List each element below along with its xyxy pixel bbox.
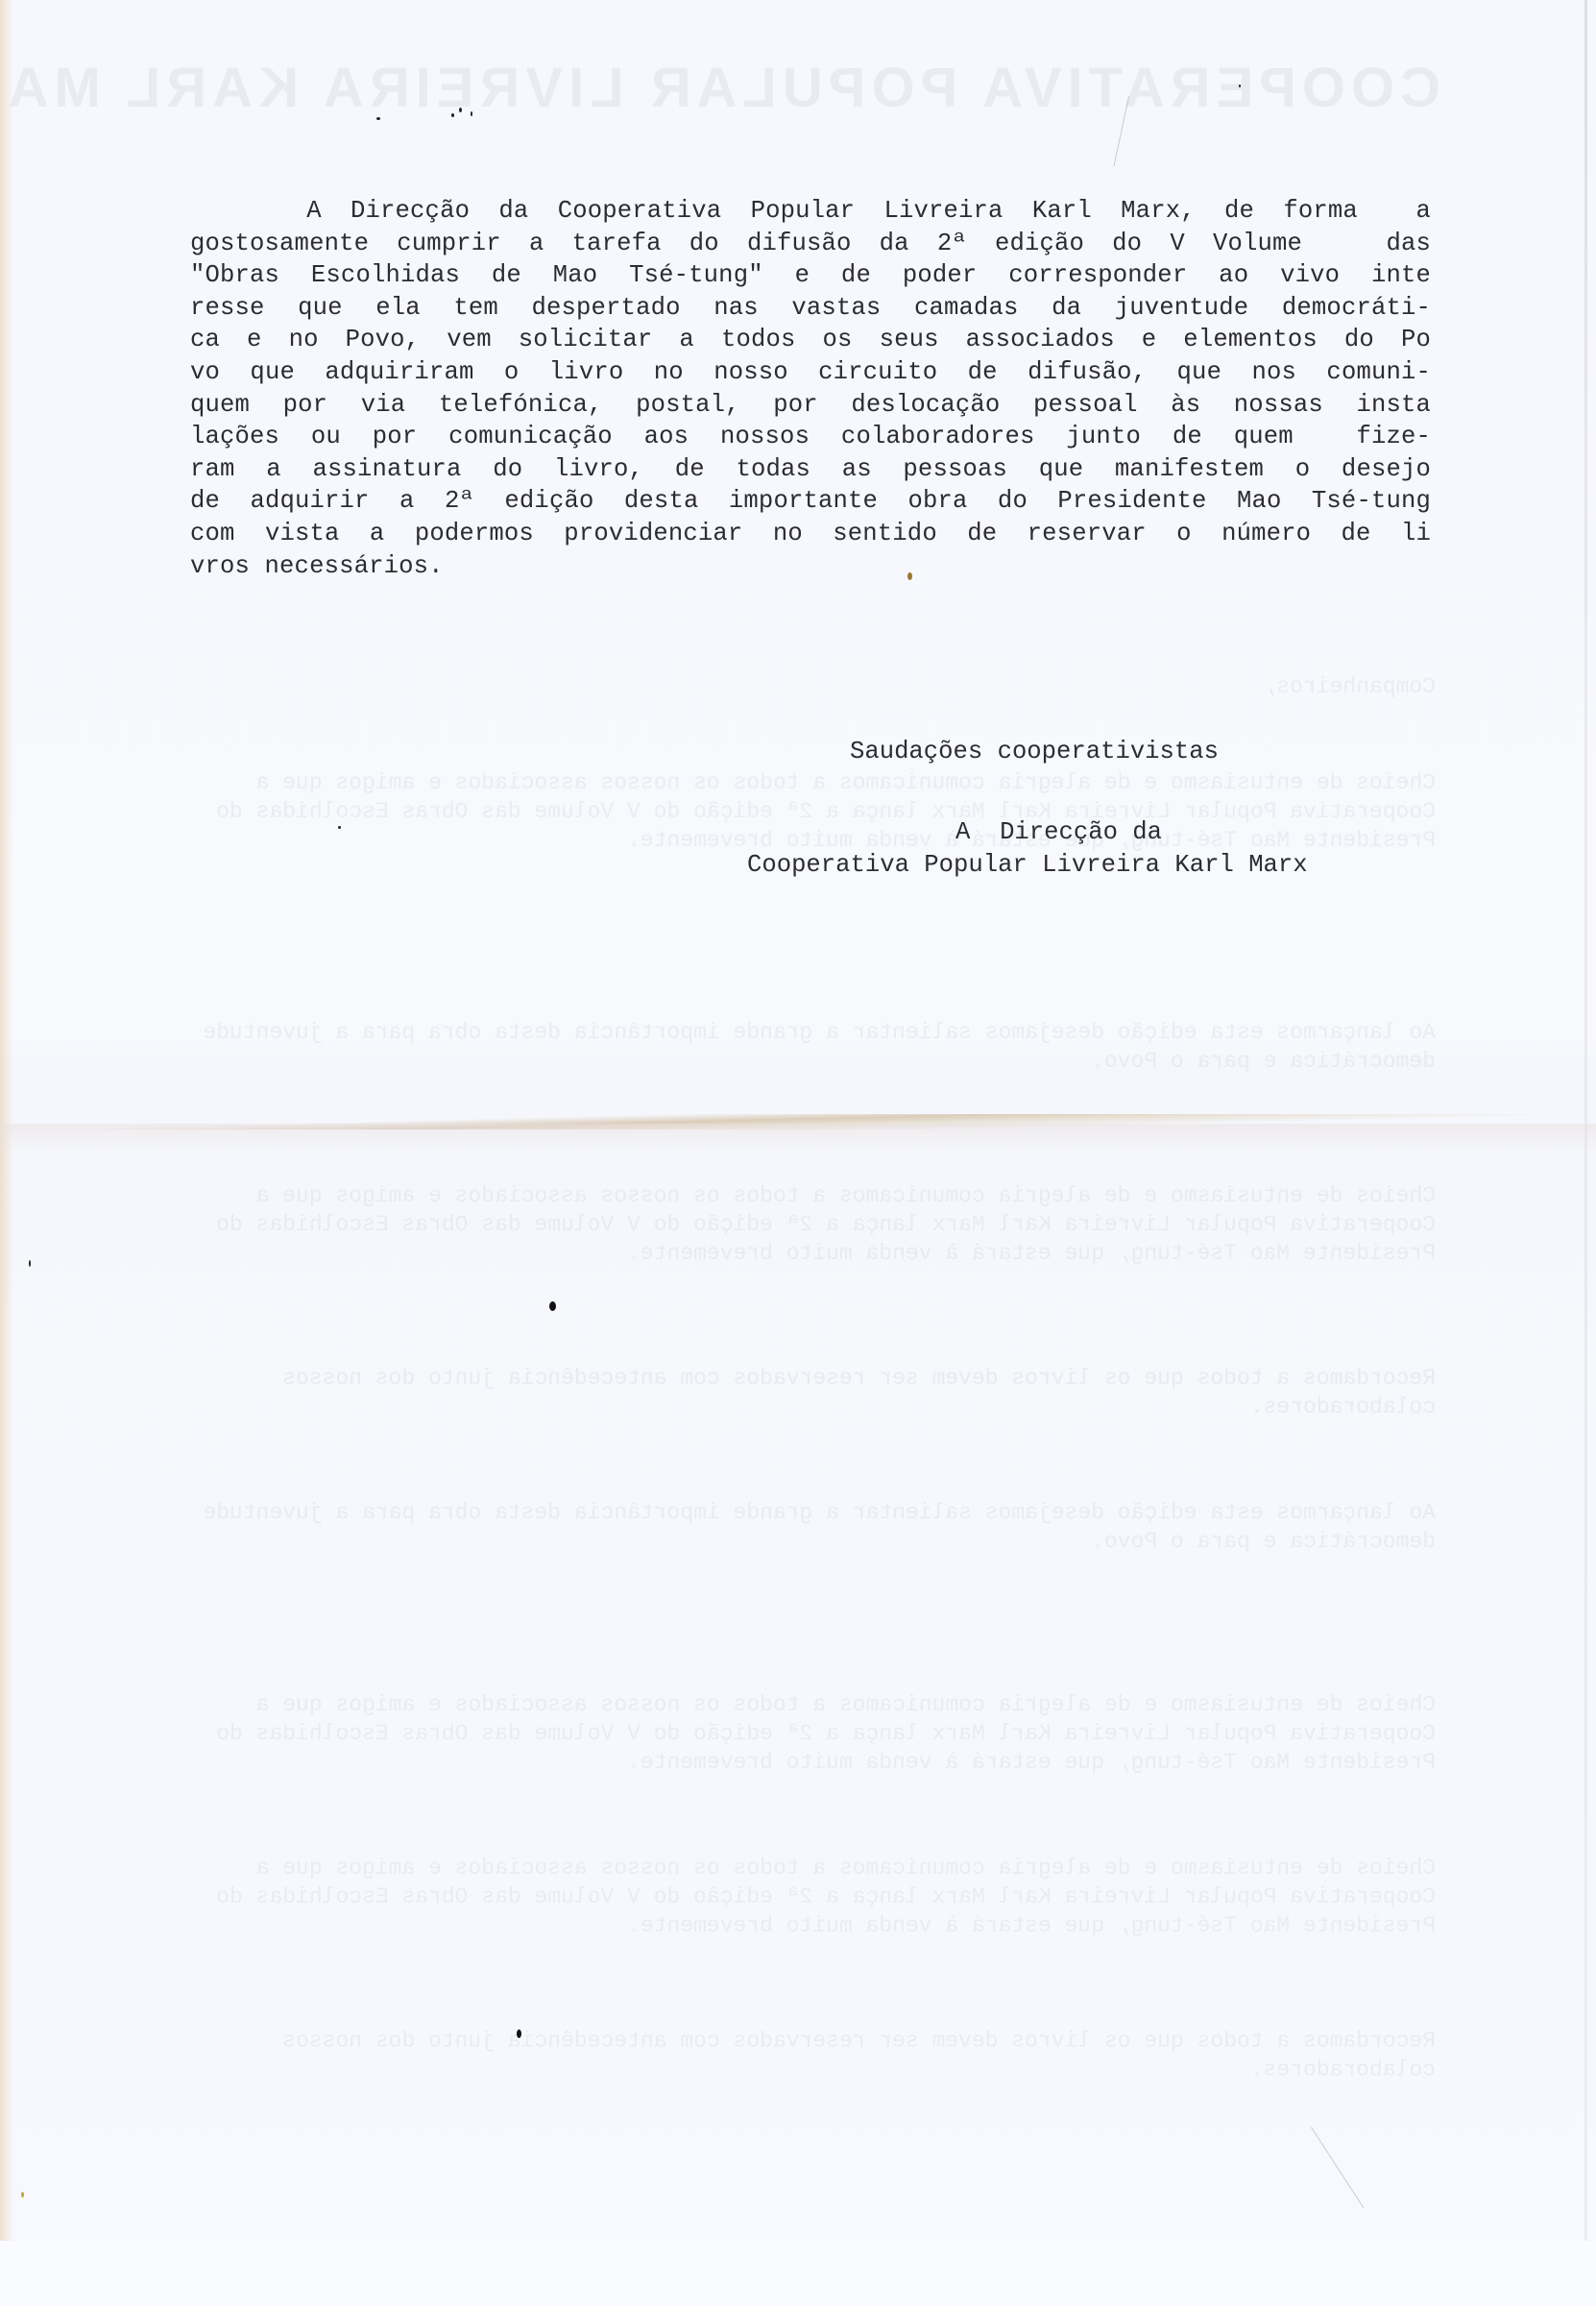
body-line: A Direcção da Cooperativa Popular Livrei… [190,195,1431,228]
signature-line-1: A Direcção da [955,816,1162,849]
body-line: ca e no Povo, vem solicitar a todos os s… [190,324,1431,356]
body-line: ram a assinatura do livro, de todas as p… [190,453,1431,486]
body-line: "Obras Escolhidas de Mao Tsé-tung" e de … [190,259,1431,292]
body-line: resse que ela tem despertado nas vastas … [190,292,1431,325]
bleed-through-text: Ao lançarmos esta edição desejamos salie… [187,1018,1436,1076]
closing-salutation: Saudações cooperativistas [850,736,1219,768]
bleed-through-text: Cheios de entusiasmo e de alegria comuni… [187,1854,1436,1940]
bleed-through-text: Recordamos a todos que os livros devem s… [187,1364,1436,1421]
body-line: com vista a podermos providenciar no sen… [190,518,1431,550]
body-line: gostosamente cumprir a tarefa do difusão… [190,228,1431,260]
body-line: vros necessários. [190,550,1431,583]
scan-bottom-margin [0,2241,1596,2307]
body-line: quem por via telefónica, postal, por des… [190,389,1431,422]
body-line: vo que adquiriram o livro no nosso circu… [190,356,1431,389]
letter-body-paragraph: A Direcção da Cooperativa Popular Livrei… [190,195,1431,582]
scanned-page: COOPERATIVA POPULAR LIVREIRA KARL MARX C… [0,0,1596,2307]
body-line: lações ou por comunicação aos nossos col… [190,421,1431,453]
bleed-through-heading: COOPERATIVA POPULAR LIVREIRA KARL MARX [163,56,1440,120]
bleed-through-text: Recordamos a todos que os livros devem s… [187,2027,1436,2084]
scan-scratch-mark [1311,2126,1364,2207]
bleed-through-text: Ao lançarmos esta edição desejamos salie… [187,1498,1436,1556]
bleed-through-text: Cheios de entusiasmo e de alegria comuni… [187,1181,1436,1268]
paper-fold-shadow [0,1124,1596,1153]
signature-line-2: Cooperativa Popular Livreira Karl Marx [747,849,1308,882]
bleed-through-text: Cheios de entusiasmo e de alegria comuni… [187,768,1436,855]
bleed-through-text: Companheiros, [187,672,1436,701]
bleed-through-text: Cheios de entusiasmo e de alegria comuni… [187,1690,1436,1777]
body-line: de adquirir a 2ª edição desta importante… [190,485,1431,518]
